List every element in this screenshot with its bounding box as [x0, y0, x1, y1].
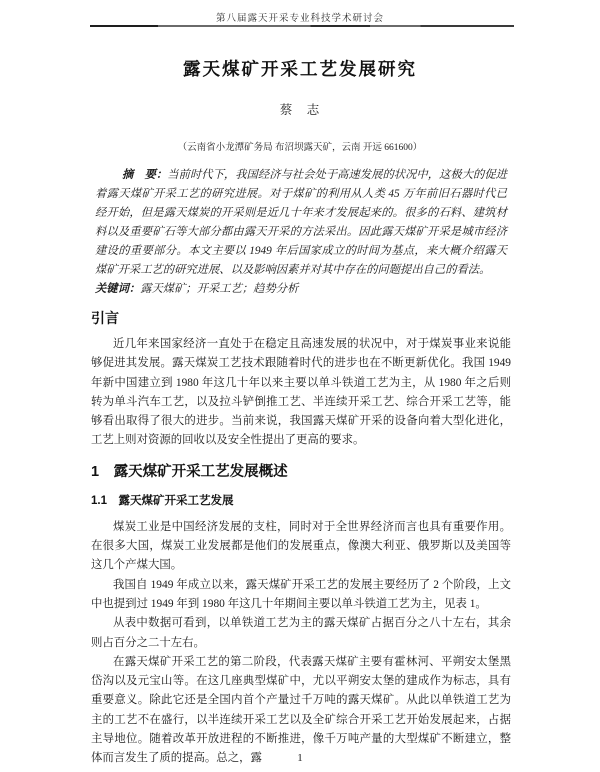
keywords-text: 露天煤矿；开采工艺；趋势分析: [140, 283, 298, 295]
intro-heading: 引言: [91, 308, 511, 328]
paper-title: 露天煤矿开采工艺发展研究: [0, 56, 600, 81]
author-name: 蔡 志: [0, 100, 600, 118]
intro-paragraph: 近几年来国家经济一直处于在稳定且高速发展的状况中，对于煤炭事业来说能够促进其发展…: [91, 335, 511, 451]
keywords-line: 关键词：露天煤矿；开采工艺；趋势分析: [95, 280, 507, 299]
abstract-paragraph: 摘 要：当前时代下，我国经济与社会处于高速发展的状况中，这极大的促进着露天煤矿开…: [95, 166, 507, 280]
main-text-column: 摘 要：当前时代下，我国经济与社会处于高速发展的状况中，这极大的促进着露天煤矿开…: [91, 166, 511, 769]
paragraph-3: 从表中数据可看到，以单铁道工艺为主的露天煤矿占据百分之八十左右，其余则占百分之二…: [91, 614, 511, 653]
abstract-label: 摘 要：: [122, 169, 167, 181]
paper-page: 第八届露天开采专业科技学术研讨会 露天煤矿开采工艺发展研究 蔡 志 （云南省小龙…: [0, 0, 600, 772]
affiliation: （云南省小龙潭矿务局 布沼坝露天矿，云南 开远 661600）: [0, 139, 600, 153]
paragraph-1: 煤炭工业是中国经济发展的支柱，同时对于全世界经济而言也具有重要作用。在很多大国，…: [91, 518, 511, 576]
section-1-heading: 1 露天煤矿开采工艺发展概述: [91, 462, 511, 482]
page-number: 1: [0, 752, 600, 764]
header-rule: [90, 25, 514, 27]
abstract-text: 当前时代下，我国经济与社会处于高速发展的状况中，这极大的促进着露天煤矿开采工艺的…: [95, 169, 507, 276]
running-head: 第八届露天开采专业科技学术研讨会: [0, 10, 600, 24]
section-1-1-heading: 1.1 露天煤矿开采工艺发展: [91, 494, 511, 509]
paragraph-2: 我国自 1949 年成立以来，露天煤矿开采工艺的发展主要经历了 2 个阶段，上文…: [91, 576, 511, 615]
keywords-label: 关键词：: [95, 283, 140, 295]
